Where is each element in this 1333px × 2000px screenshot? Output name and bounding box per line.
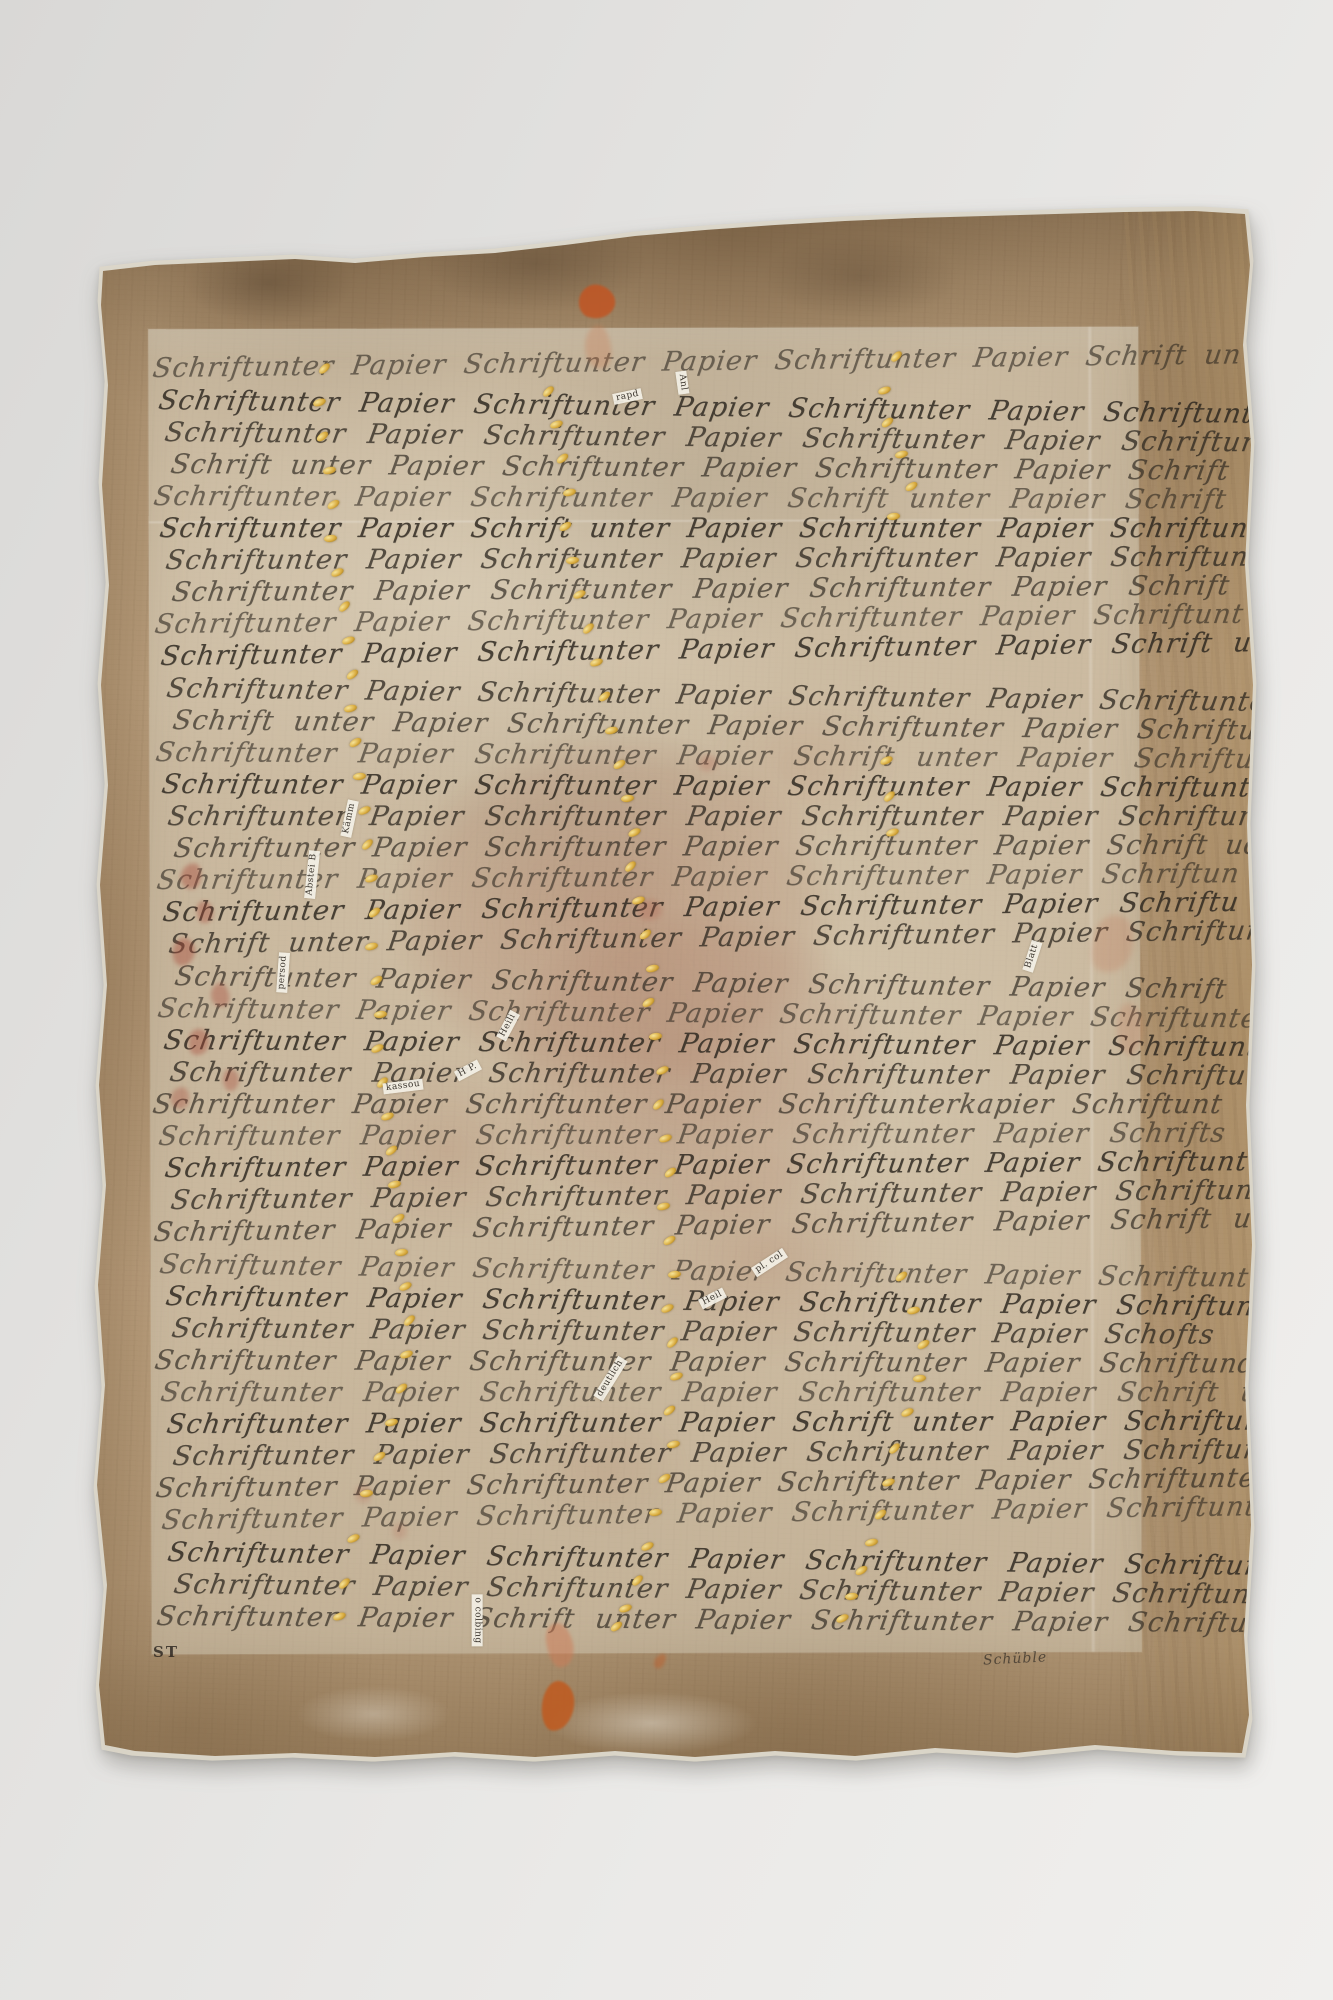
script-line: Schriftunter Papier Schriftunter Papier …	[159, 769, 1284, 804]
script-line: Schriftunter Papier Schriftunter Papier …	[151, 339, 1244, 384]
script-line: Schriftunter Papier Schriftunter Papier …	[159, 1377, 1280, 1408]
collage-strip: o colbing	[472, 1594, 483, 1646]
script-line: Schriftunter Papier Schriftunter Papier …	[167, 1057, 1310, 1092]
script-line: Schriftunter Papier Schriftunter Papier …	[151, 1089, 1225, 1120]
printed-corner-mark: ST	[153, 1643, 179, 1661]
script-line: Schriftunter Papier Schriftunter Papier …	[166, 801, 1289, 832]
artist-signature: Schüble	[983, 1649, 1048, 1668]
handwritten-text-block: Schriftunter Papier Schriftunter Papier …	[150, 205, 1150, 1760]
fabric-canvas: Schriftunter Papier Schriftunter Papier …	[95, 205, 1255, 1760]
textile-artwork: Schriftunter Papier Schriftunter Papier …	[95, 205, 1255, 1760]
script-line: Schriftunter Papier Schriftunter Papier …	[152, 1345, 1258, 1379]
script-line: Schriftunter Papier Schrift unter Papier…	[154, 1601, 1333, 1640]
script-line: Schriftunter Papier Schriftunter Papier …	[151, 481, 1268, 515]
gallery-wall: Schriftunter Papier Schriftunter Papier …	[0, 0, 1333, 2000]
